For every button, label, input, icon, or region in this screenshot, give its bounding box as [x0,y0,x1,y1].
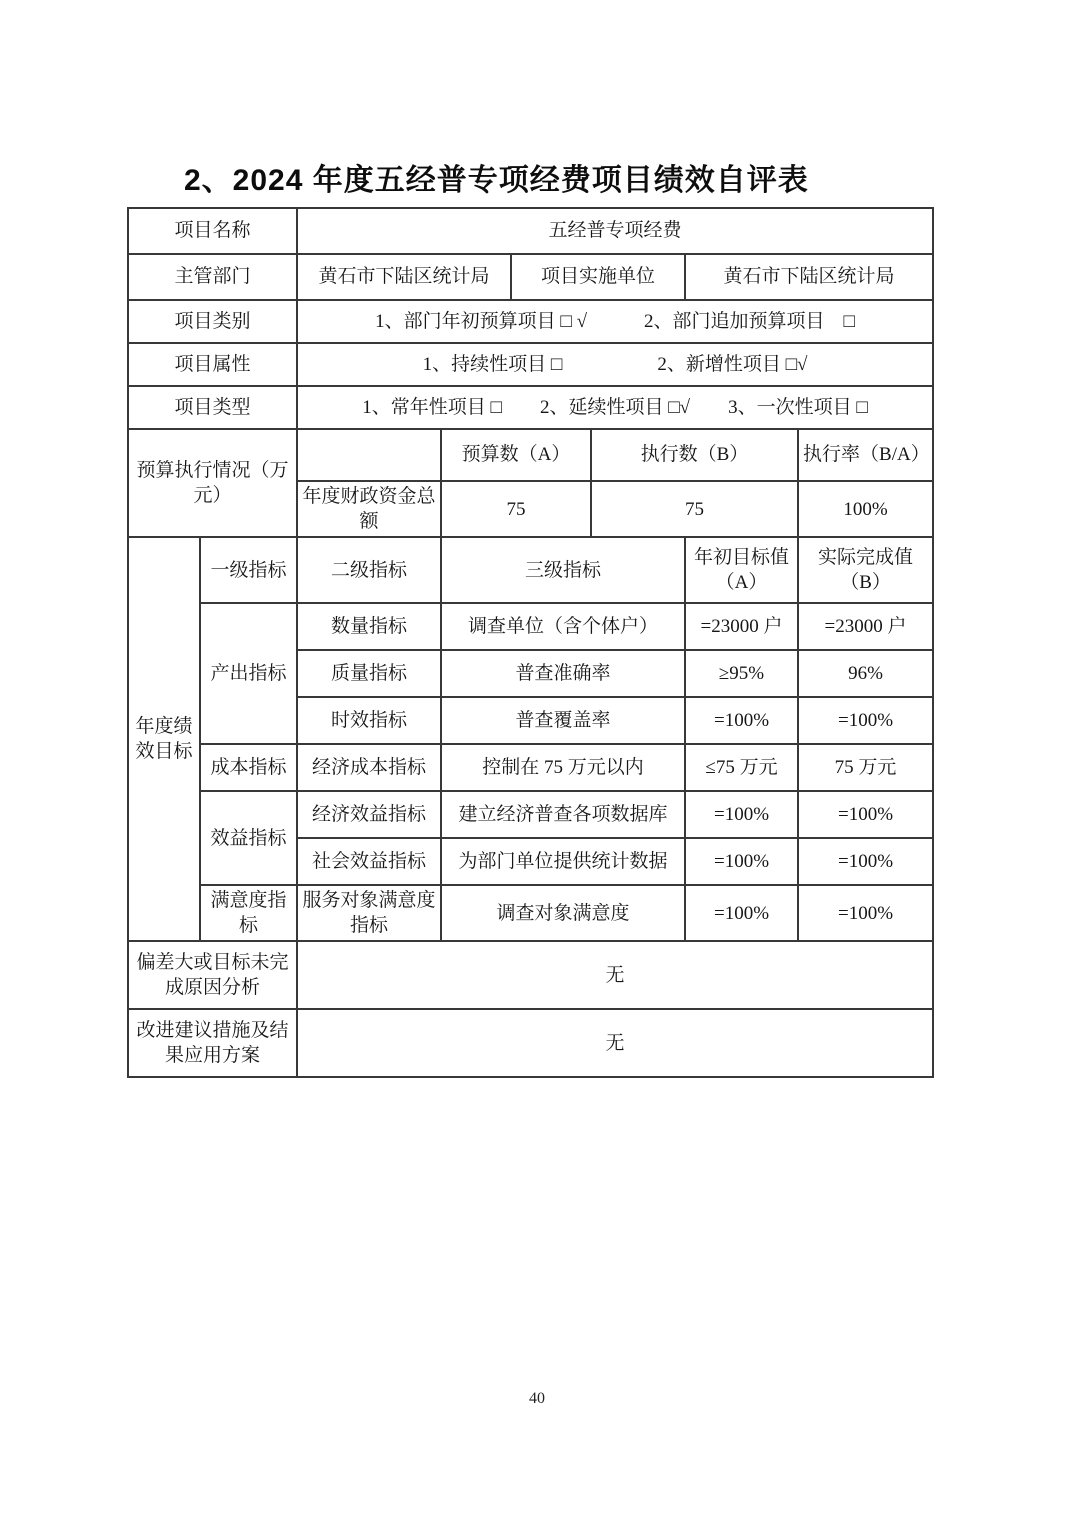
target-cell: =23000 户 [685,603,798,650]
attribute-checkbox-options: 1、持续性项目 □ 2、新增性项目 □√ [297,343,933,386]
row-indicator-cost: 成本指标 经济成本指标 控制在 75 万元以内 ≤75 万元 75 万元 [128,744,933,791]
level1-header: 一级指标 [200,537,297,603]
level1-satisfaction: 满意度指标 [200,885,297,941]
budget-rate-header: 执行率（B/A） [798,429,933,481]
level3-cell: 控制在 75 万元以内 [441,744,685,791]
level3-cell: 调查对象满意度 [441,885,685,941]
actual-cell: =100% [798,885,933,941]
level3-header: 三级指标 [441,537,685,603]
level2-cell: 时效指标 [297,697,441,744]
actual-cell: =100% [798,791,933,838]
budget-section-label: 预算执行情况（万元） [128,429,297,537]
level1-output: 产出指标 [200,603,297,744]
target-header: 年初目标值（A） [685,537,798,603]
attribute-label: 项目属性 [128,343,297,386]
target-cell: =100% [685,697,798,744]
exec-amount: 75 [591,481,798,537]
deviation-value: 无 [297,941,933,1009]
actual-cell: =100% [798,838,933,885]
dept-value: 黄石市下陆区统计局 [297,254,511,300]
page-title: 2、2024 年度五经普专项经费项目绩效自评表 [184,155,809,199]
row-attribute: 项目属性 1、持续性项目 □ 2、新增性项目 □√ [128,343,933,386]
level2-cell: 社会效益指标 [297,838,441,885]
category-label: 项目类别 [128,300,297,343]
target-cell: =100% [685,885,798,941]
actual-header: 实际完成值（B） [798,537,933,603]
row-indicator-econ-benefit: 效益指标 经济效益指标 建立经济普查各项数据库 =100% =100% [128,791,933,838]
row-indicator-quantity: 产出指标 数量指标 调查单位（含个体户） =23000 户 =23000 户 [128,603,933,650]
target-cell: =100% [685,791,798,838]
impl-unit-label: 项目实施单位 [511,254,685,300]
level3-cell: 普查覆盖率 [441,697,685,744]
row-improvement-plan: 改进建议措施及结果应用方案 无 [128,1009,933,1077]
row-type: 项目类型 1、常年性项目 □ 2、延续性项目 □√ 3、一次性项目 □ [128,386,933,429]
level2-cell: 经济效益指标 [297,791,441,838]
deviation-label: 偏差大或目标未完成原因分析 [128,941,297,1009]
level2-cell: 质量指标 [297,650,441,697]
level3-cell: 调查单位（含个体户） [441,603,685,650]
row-budget-header: 预算执行情况（万元） 预算数（A） 执行数（B） 执行率（B/A） [128,429,933,481]
page-number: 40 [0,1390,1074,1408]
budget-amount: 75 [441,481,591,537]
performance-section-label: 年度绩效目标 [128,537,200,941]
budget-col-a-header: 预算数（A） [441,429,591,481]
document-page: 2、2024 年度五经普专项经费项目绩效自评表 项目名称 五经普专项经费 主管部… [0,0,1074,1520]
row-project-name: 项目名称 五经普专项经费 [128,208,933,254]
row-category: 项目类别 1、部门年初预算项目 □ √ 2、部门追加预算项目 □ [128,300,933,343]
level1-benefit: 效益指标 [200,791,297,885]
dept-label: 主管部门 [128,254,297,300]
level2-cell: 服务对象满意度指标 [297,885,441,941]
row-indicator-header: 年度绩效目标 一级指标 二级指标 三级指标 年初目标值（A） 实际完成值（B） [128,537,933,603]
target-cell: =100% [685,838,798,885]
level2-cell: 数量指标 [297,603,441,650]
budget-row-label: 年度财政资金总额 [297,481,441,537]
project-name-label: 项目名称 [128,208,297,254]
level3-cell: 普查准确率 [441,650,685,697]
category-checkbox-options: 1、部门年初预算项目 □ √ 2、部门追加预算项目 □ [297,300,933,343]
level3-cell: 为部门单位提供统计数据 [441,838,685,885]
exec-rate: 100% [798,481,933,537]
actual-cell: 96% [798,650,933,697]
target-cell: ≥95% [685,650,798,697]
improvement-value: 无 [297,1009,933,1077]
budget-col-b-header: 执行数（B） [591,429,798,481]
row-deviation-analysis: 偏差大或目标未完成原因分析 无 [128,941,933,1009]
project-name-value: 五经普专项经费 [297,208,933,254]
type-checkbox-options: 1、常年性项目 □ 2、延续性项目 □√ 3、一次性项目 □ [297,386,933,429]
row-departments: 主管部门 黄石市下陆区统计局 项目实施单位 黄石市下陆区统计局 [128,254,933,300]
self-eval-table: 项目名称 五经普专项经费 主管部门 黄石市下陆区统计局 项目实施单位 黄石市下陆… [127,207,934,1078]
improvement-label: 改进建议措施及结果应用方案 [128,1009,297,1077]
impl-unit-value: 黄石市下陆区统计局 [685,254,933,300]
target-cell: ≤75 万元 [685,744,798,791]
row-indicator-satisfaction: 满意度指标 服务对象满意度指标 调查对象满意度 =100% =100% [128,885,933,941]
level1-cost: 成本指标 [200,744,297,791]
type-label: 项目类型 [128,386,297,429]
actual-cell: =23000 户 [798,603,933,650]
level2-cell: 经济成本指标 [297,744,441,791]
level3-cell: 建立经济普查各项数据库 [441,791,685,838]
budget-spacer-cell [297,429,441,481]
actual-cell: 75 万元 [798,744,933,791]
actual-cell: =100% [798,697,933,744]
level2-header: 二级指标 [297,537,441,603]
